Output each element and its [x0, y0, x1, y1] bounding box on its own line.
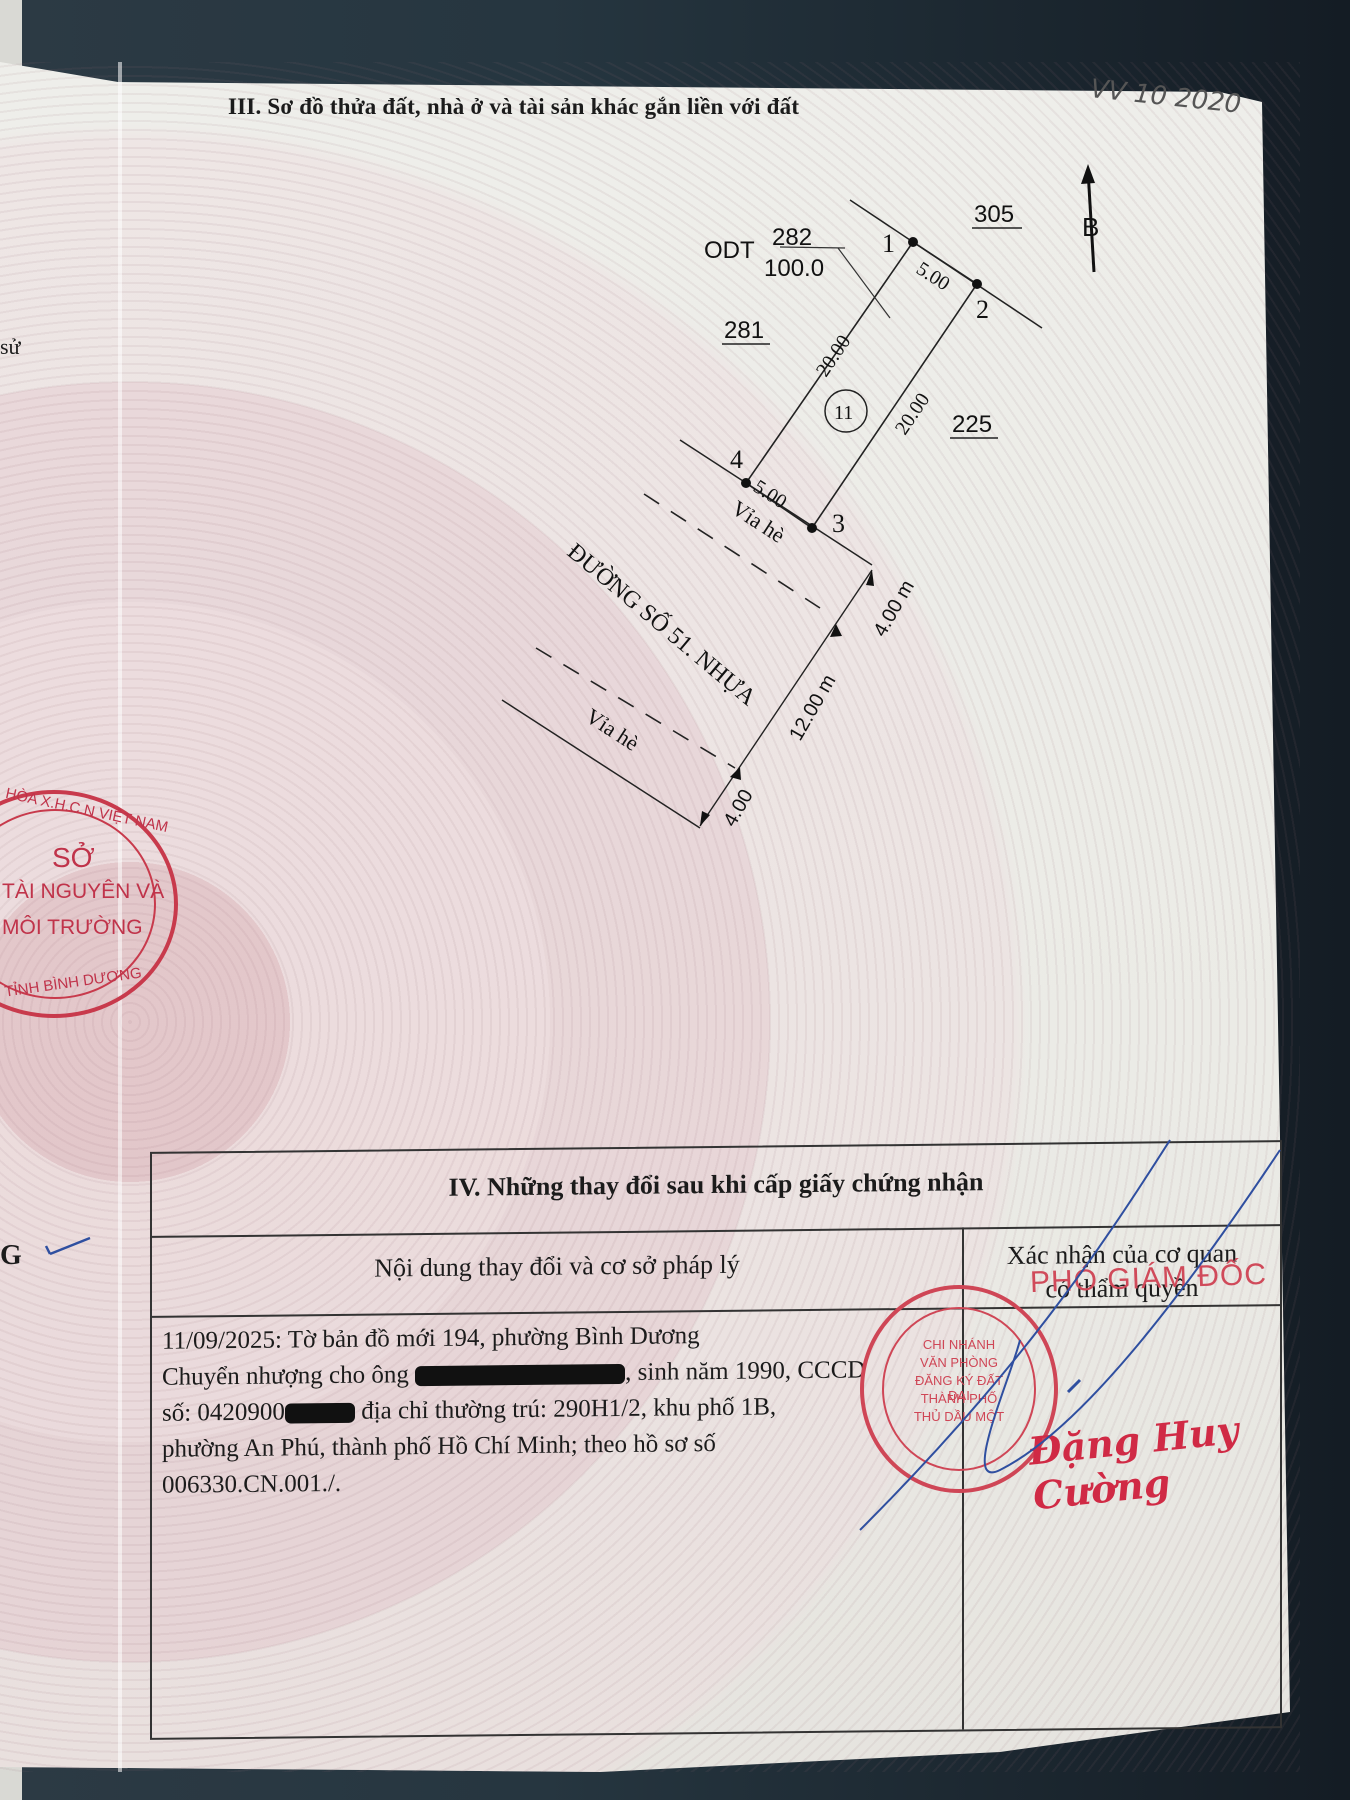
signature-strokes	[0, 0, 1350, 1800]
